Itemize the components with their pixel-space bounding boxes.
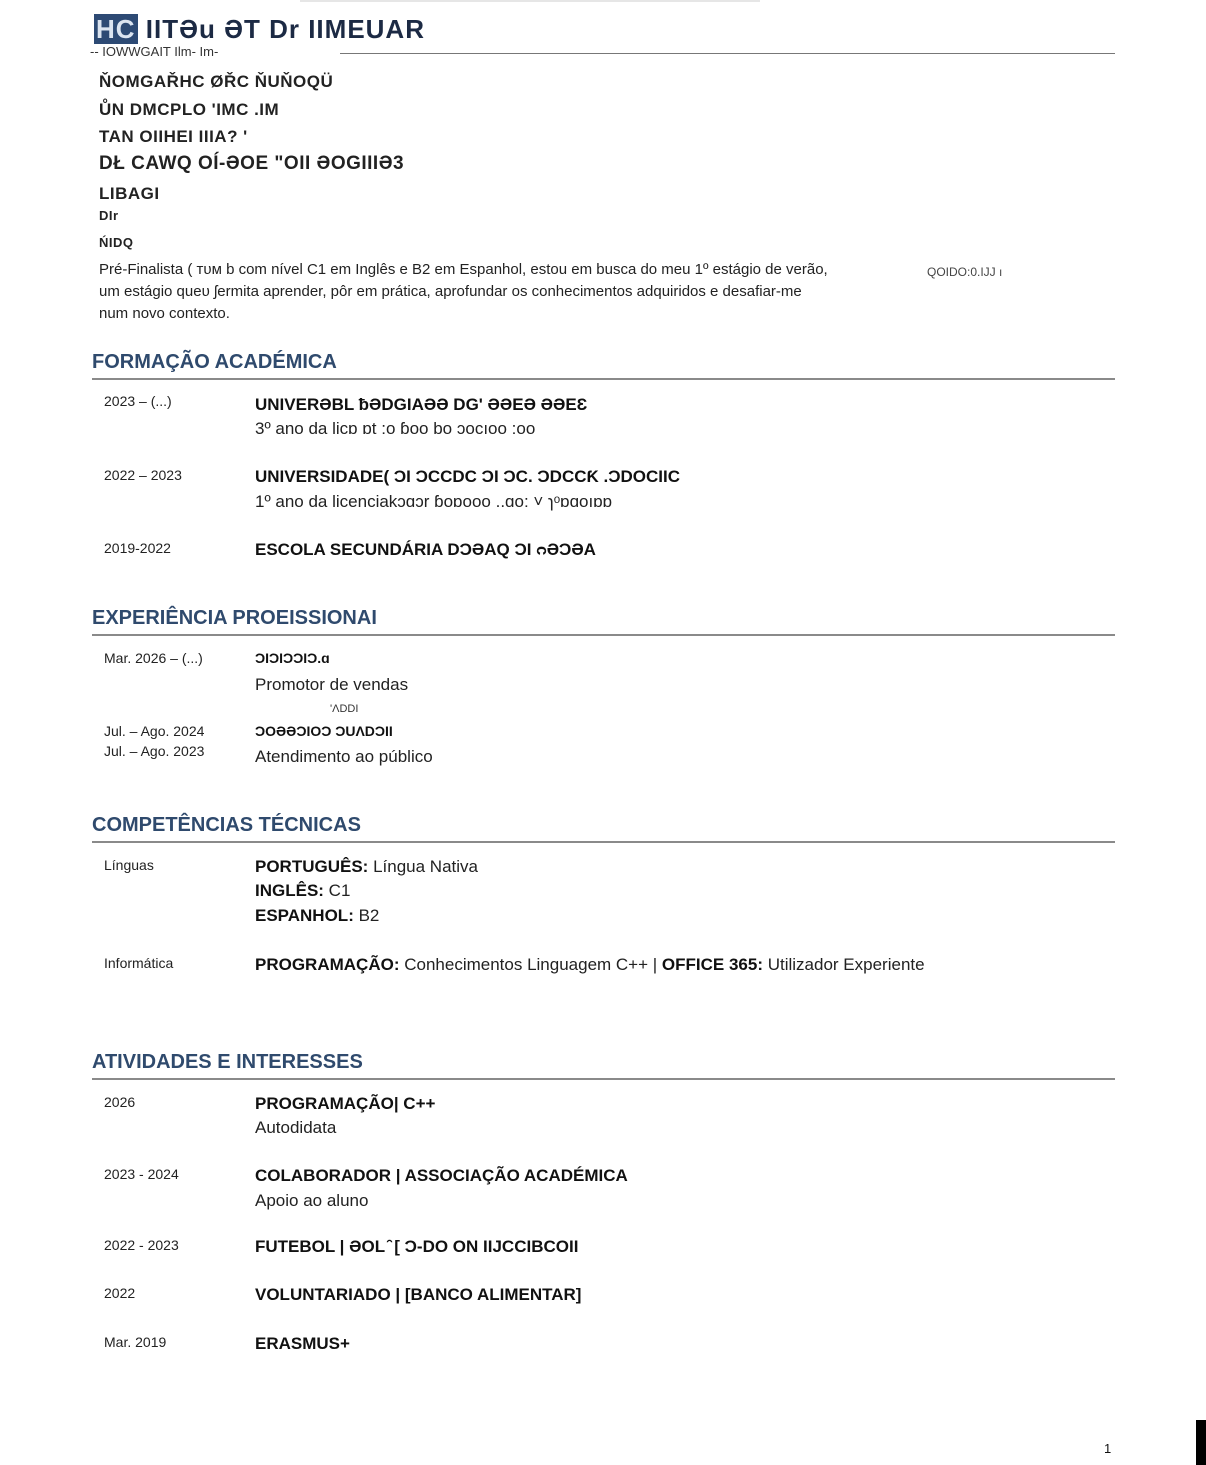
entry-subtitle: 1º ano da licenciakɔɑɔr ɓoɒooo ..ɑo: ˅ ɿ… <box>255 492 612 512</box>
entry-subtitle: 3º ano da licɒ ɒt :o ɓoo bo ɔocıoo :oo <box>255 419 535 439</box>
language-item: PORTUGUÊS: Língua Nativa <box>255 857 478 877</box>
name-initials: HC <box>94 14 138 44</box>
entry-date: 2023 – (...) <box>104 393 172 409</box>
contact-line: ŇOMGAŘHC ØŘC ŇUŇOQÜ <box>99 72 333 92</box>
entry-date: Mar. 2019 <box>104 1334 166 1350</box>
entry-subtitle: Apoio ao aluno <box>255 1191 368 1211</box>
entry-title: ƆOƏƏƆIOƆ ƆUɅDƆII <box>255 723 393 739</box>
entry-subtitle: Atendimento ao público <box>255 747 433 767</box>
header-divider <box>340 53 1115 54</box>
page-number: 1 <box>1104 1441 1111 1456</box>
entry-date: 2022 - 2023 <box>104 1237 179 1253</box>
section-title-education: FORMAÇÃO ACADÉMICA <box>92 351 337 374</box>
summary-line: num novo contexto. <box>99 303 1099 325</box>
contact-line: DIr <box>99 208 119 223</box>
section-title-skills: COMPETÊNCIAS TÉCNICAS <box>92 814 361 837</box>
entry-title: ESCOLA SECUNDÁRIA DƆƏAQ ƆI ᴒƏƆƏA <box>255 540 596 560</box>
entry-title: UNIVERSIDADE( ƆI ƆCCDC ƆI ƆC. ƆDCCƘ .ƆDO… <box>255 467 680 487</box>
entry-date: Jul. – Ago. 2023 <box>104 743 204 759</box>
entry-title: UNIVERƏBL ƀƏDGIAƏƏ DG' ƏƏEƏ ƏƏEƐ <box>255 395 587 415</box>
entry-title: VOLUNTARIADO | [BANCO ALIMENTAR] <box>255 1285 581 1305</box>
name-rest: IITƏu ƏT Dr IIMEUAR <box>146 14 425 44</box>
entry-note: 'ɅDDI <box>330 703 358 715</box>
language-item: ESPANHOL: B2 <box>255 906 379 926</box>
summary-line: um estágio queᴜ ʃermita aprender, pôr em… <box>99 281 1099 303</box>
entry-date: 2023 - 2024 <box>104 1166 179 1182</box>
skills-it-label: Informática <box>104 955 173 971</box>
entry-title: FUTEBOL | ƏOL ̑ [ Ɔ-DO ON IIJCCIBCOII <box>255 1237 578 1257</box>
entry-title: PROGRAMAÇÃO| C++ <box>255 1094 435 1114</box>
section-divider <box>92 841 1115 843</box>
section-title-activities: ATIVIDADES E INTERESSES <box>92 1051 363 1074</box>
contact-line: ŮN DMCPLO 'IMC .IM <box>99 100 279 120</box>
entry-date: 2022 <box>104 1285 135 1301</box>
entry-date: 2022 – 2023 <box>104 467 182 483</box>
contact-line: DŁ CAWQ OÍ-ƏOE "OII ƏOGIIIƏ3 <box>99 153 404 175</box>
section-divider <box>92 378 1115 380</box>
entry-date: 2026 <box>104 1094 135 1110</box>
top-border <box>300 0 760 2</box>
entry-title: ƆIƆIƆƆIƆ.ɑ <box>255 650 330 666</box>
cv-page: HC IITƏu ƏT Dr IIMEUAR -- IOWWGAIT Ilm- … <box>0 0 1206 1465</box>
candidate-name: HC IITƏu ƏT Dr IIMEUAR <box>94 14 425 45</box>
contact-line: TAN OIIHEI IIIA? ' <box>99 127 248 147</box>
entry-subtitle: Promotor de vendas <box>255 675 408 695</box>
contact-line: LIBAGI <box>99 184 160 204</box>
language-item: INGLÊS: C1 <box>255 881 350 901</box>
entry-date: 2019-2022 <box>104 540 171 556</box>
profile-summary: Pré-Finalista ( ᴛᴜᴍ b com nível C1 em In… <box>99 259 1099 325</box>
entry-date: Jul. – Ago. 2024 <box>104 723 204 739</box>
summary-side-note: QOIDO:0.IJJ ı <box>927 261 1002 283</box>
contact-line: ŃIDQ <box>99 235 134 250</box>
entry-date: Mar. 2026 – (...) <box>104 650 203 666</box>
entry-title: ERASMUS+ <box>255 1334 350 1354</box>
entry-title: COLABORADOR | ASSOCIAÇÃO ACADÉMICA <box>255 1166 628 1186</box>
entry-subtitle: Autodidata <box>255 1118 336 1138</box>
section-divider <box>92 1078 1115 1080</box>
skills-languages-label: Línguas <box>104 857 154 873</box>
page-edge <box>1196 1420 1206 1465</box>
header-subtitle: -- IOWWGAIT Ilm- Im- <box>90 44 218 59</box>
section-title-experience: EXPERIÊNCIA PROEISSIONAI <box>92 607 377 630</box>
it-skills: PROGRAMAÇÃO: Conhecimentos Linguagem C++… <box>255 955 925 975</box>
section-divider <box>92 634 1115 636</box>
